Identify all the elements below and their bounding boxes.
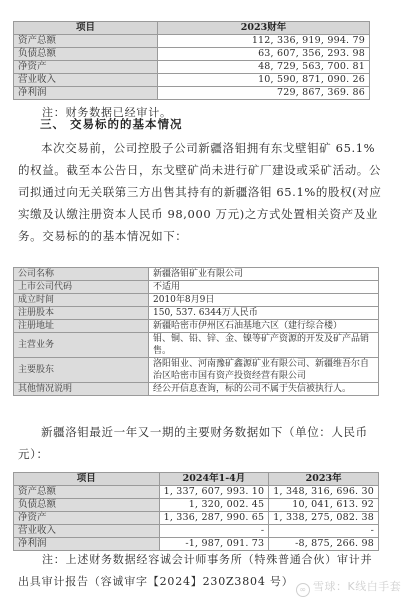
table-row: 资产总额 112, 336, 919, 994. 79 bbox=[14, 35, 370, 48]
table-row: 营业收入 - - bbox=[14, 525, 379, 538]
row-label: 净利润 bbox=[14, 538, 160, 551]
audit-note-line2: 出具审计报告（容诚审字【2024】230Z3804 号） bbox=[18, 573, 294, 589]
financial-table-2023: 项目 2023财年 资产总额 112, 336, 919, 994. 79 负债… bbox=[13, 21, 370, 100]
row-value: 新疆哈密市伊州区石油基地六区（建行综合楼） bbox=[149, 320, 379, 333]
audit-note-line1: 注：上述财务数据经容诚会计师事务所（特殊普通合伙）审计并 bbox=[42, 551, 372, 567]
row-label: 净资产 bbox=[14, 61, 158, 74]
row-label: 营业收入 bbox=[14, 74, 158, 87]
table-row: 营业收入 10, 590, 871, 090. 26 bbox=[14, 74, 370, 87]
row-value-2024: 1, 337, 607, 993. 10 bbox=[159, 486, 269, 499]
row-value-2024: 1, 320, 002. 45 bbox=[159, 499, 269, 512]
row-value-2024: - bbox=[159, 525, 269, 538]
row-label: 负债总额 bbox=[14, 48, 158, 61]
column-header-item: 项目 bbox=[14, 473, 160, 486]
row-value-2023: -8, 875, 266. 98 bbox=[269, 538, 379, 551]
section-heading: 三、 交易标的的基本情况 bbox=[40, 116, 183, 132]
table-row: 净资产 1, 336, 287, 990. 65 1, 338, 275, 08… bbox=[14, 512, 379, 525]
company-info-table: 公司名称 新疆洛钼矿业有限公司 上市公司代码 不适用 成立时间 2010年8月9… bbox=[13, 267, 379, 396]
column-header-2024-jan-apr: 2024年1-4月 bbox=[159, 473, 269, 486]
row-value: 10, 590, 871, 090. 26 bbox=[158, 74, 370, 87]
row-value-2023: - bbox=[269, 525, 379, 538]
xinjiang-financial-table: 项目 2024年1-4月 2023年 资产总额 1, 337, 607, 993… bbox=[13, 472, 379, 551]
watermark-text: 雪球：K线白手套 bbox=[313, 580, 401, 593]
table-row: 注册股本 150, 537. 6344万人民币 bbox=[14, 307, 379, 320]
row-label: 其他情况说明 bbox=[14, 383, 149, 396]
table-row: 负债总额 63, 607, 356, 293. 98 bbox=[14, 48, 370, 61]
table-row: 主营业务 钼、铜、铅、锌、金、镍等矿产资源的开发及矿产品销售。 bbox=[14, 333, 379, 358]
row-label: 成立时间 bbox=[14, 294, 149, 307]
row-label: 注册股本 bbox=[14, 307, 149, 320]
row-label: 主营业务 bbox=[14, 333, 149, 358]
row-value-2024: 1, 336, 287, 990. 65 bbox=[159, 512, 269, 525]
table-header-row: 项目 2023财年 bbox=[14, 22, 370, 35]
row-value: 经公开信息查询，标的公司不属于失信被执行人。 bbox=[149, 383, 379, 396]
row-label: 负债总额 bbox=[14, 499, 160, 512]
row-value: 48, 729, 563, 700. 81 bbox=[158, 61, 370, 74]
row-label: 上市公司代码 bbox=[14, 281, 149, 294]
table-row: 主要股东 洛阳钼业、河南豫矿鑫源矿业有限公司、新疆维吾尔自治区哈密市国有资产投资… bbox=[14, 358, 379, 383]
financial-intro-paragraph: 新疆洛钼最近一年又一期的主要财务数据如下（单位：人民币元）： bbox=[18, 421, 383, 465]
row-value-2023: 1, 338, 275, 082. 38 bbox=[269, 512, 379, 525]
column-header-item: 项目 bbox=[14, 22, 158, 35]
table-row: 其他情况说明 经公开信息查询，标的公司不属于失信被执行人。 bbox=[14, 383, 379, 396]
row-value-2023: 10, 041, 613. 92 bbox=[269, 499, 379, 512]
table-row: 注册地址 新疆哈密市伊州区石油基地六区（建行综合楼） bbox=[14, 320, 379, 333]
row-label: 资产总额 bbox=[14, 35, 158, 48]
row-value-2023: 1, 348, 316, 696. 30 bbox=[269, 486, 379, 499]
xueqiu-logo-icon: ∞ bbox=[296, 583, 310, 597]
column-header-fy2023: 2023财年 bbox=[158, 22, 370, 35]
column-header-2023: 2023年 bbox=[269, 473, 379, 486]
table-header-row: 项目 2024年1-4月 2023年 bbox=[14, 473, 379, 486]
table-row: 净资产 48, 729, 563, 700. 81 bbox=[14, 61, 370, 74]
row-label: 注册地址 bbox=[14, 320, 149, 333]
row-value: 150, 537. 6344万人民币 bbox=[149, 307, 379, 320]
table-row: 上市公司代码 不适用 bbox=[14, 281, 379, 294]
transaction-paragraph: 本次交易前，公司控股子公司新疆洛钼拥有东戈壁钼矿 65.1%的权益。截至本公告日… bbox=[18, 137, 383, 247]
table-row: 成立时间 2010年8月9日 bbox=[14, 294, 379, 307]
row-value: 112, 336, 919, 994. 79 bbox=[158, 35, 370, 48]
row-value: 729, 867, 369. 86 bbox=[158, 87, 370, 100]
row-label: 主要股东 bbox=[14, 358, 149, 383]
table-row: 负债总额 1, 320, 002. 45 10, 041, 613. 92 bbox=[14, 499, 379, 512]
row-label: 营业收入 bbox=[14, 525, 160, 538]
row-value: 63, 607, 356, 293. 98 bbox=[158, 48, 370, 61]
table-row: 净利润 -1, 987, 091. 73 -8, 875, 266. 98 bbox=[14, 538, 379, 551]
row-value-2024: -1, 987, 091. 73 bbox=[159, 538, 269, 551]
row-label: 资产总额 bbox=[14, 486, 160, 499]
row-value: 不适用 bbox=[149, 281, 379, 294]
table-row: 资产总额 1, 337, 607, 993. 10 1, 348, 316, 6… bbox=[14, 486, 379, 499]
watermark: ∞雪球：K线白手套 bbox=[296, 578, 401, 597]
table-row: 公司名称 新疆洛钼矿业有限公司 bbox=[14, 268, 379, 281]
row-value: 洛阳钼业、河南豫矿鑫源矿业有限公司、新疆维吾尔自治区哈密市国有资产投资经营有限公… bbox=[149, 358, 379, 383]
row-value: 新疆洛钼矿业有限公司 bbox=[149, 268, 379, 281]
table-row: 净利润 729, 867, 369. 86 bbox=[14, 87, 370, 100]
row-label: 公司名称 bbox=[14, 268, 149, 281]
row-value: 钼、铜、铅、锌、金、镍等矿产资源的开发及矿产品销售。 bbox=[149, 333, 379, 358]
row-label: 净资产 bbox=[14, 512, 160, 525]
row-value: 2010年8月9日 bbox=[149, 294, 379, 307]
row-label: 净利润 bbox=[14, 87, 158, 100]
